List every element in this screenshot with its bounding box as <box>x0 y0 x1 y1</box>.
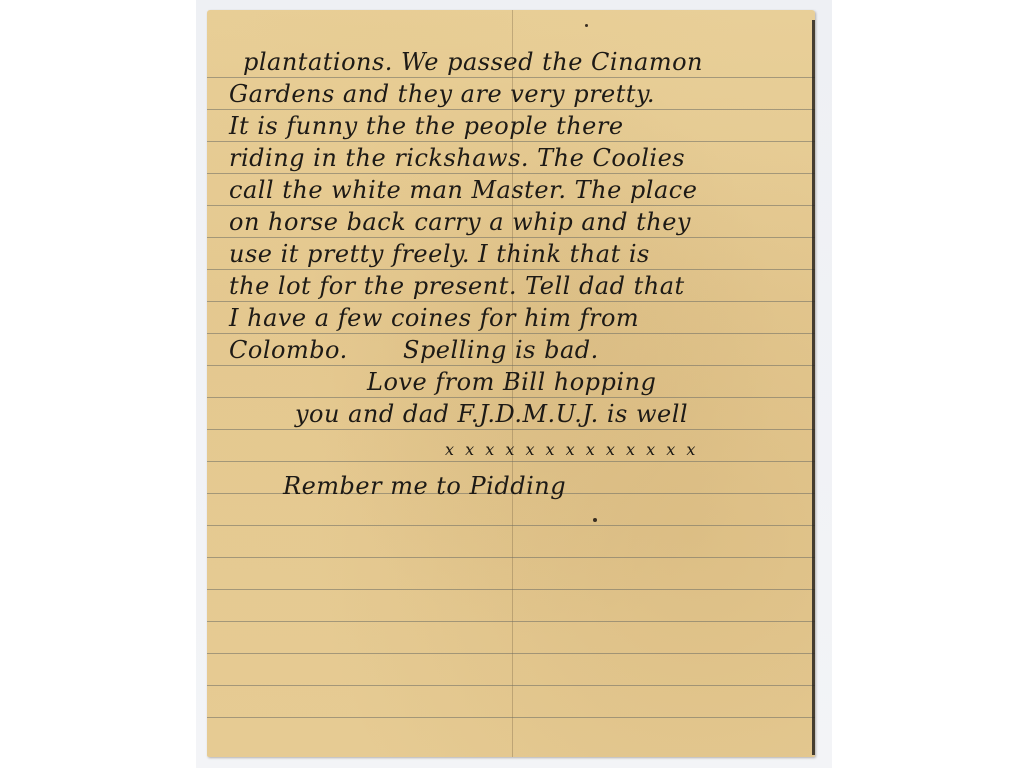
letter-line: call the white man Master. The place <box>229 176 697 204</box>
ruled-line <box>207 525 815 526</box>
ruled-line <box>207 461 815 462</box>
letter-line: plantations. We passed the Cinamon <box>243 48 703 76</box>
ruled-line <box>207 589 815 590</box>
letter-line: on horse back carry a whip and they <box>229 208 691 236</box>
ruled-line <box>207 685 815 686</box>
letter-kisses: x x x x x x x x x x x x x <box>445 440 698 459</box>
ruled-line <box>207 429 815 430</box>
letter-line: I have a few coines for him from <box>229 304 639 332</box>
ruled-line <box>207 77 815 78</box>
letter-line: Gardens and they are very pretty. <box>229 80 655 108</box>
letter-line: you and dad F.J.D.M.U.J. is well <box>295 400 688 428</box>
letter-line: riding in the rickshaws. The Coolies <box>229 144 685 172</box>
letter-line: It is funny the the people there <box>229 112 624 140</box>
ruled-line <box>207 621 815 622</box>
ink-spot <box>593 518 597 522</box>
ruled-line <box>207 141 815 142</box>
ruled-line <box>207 205 815 206</box>
letter-page: plantations. We passed the Cinamon Garde… <box>207 10 815 757</box>
letter-line: Colombo. <box>229 336 348 364</box>
ruled-line <box>207 333 815 334</box>
letter-postscript: Rember me to Pidding <box>283 472 566 500</box>
ruled-line <box>207 397 815 398</box>
ruled-line <box>207 269 815 270</box>
letter-line: Spelling is bad. <box>403 336 599 364</box>
ink-spot <box>585 24 588 27</box>
ruled-line <box>207 237 815 238</box>
letter-signoff: Love from Bill hopping <box>367 368 656 396</box>
letter-line: use it pretty freely. I think that is <box>229 240 650 268</box>
ruled-line <box>207 653 815 654</box>
ruled-line <box>207 173 815 174</box>
stage: plantations. We passed the Cinamon Garde… <box>0 0 1024 768</box>
ruled-line <box>207 365 815 366</box>
letter-line: the lot for the present. Tell dad that <box>229 272 685 300</box>
ruled-line <box>207 301 815 302</box>
ruled-line <box>207 557 815 558</box>
ruled-line <box>207 717 815 718</box>
ruled-line <box>207 109 815 110</box>
